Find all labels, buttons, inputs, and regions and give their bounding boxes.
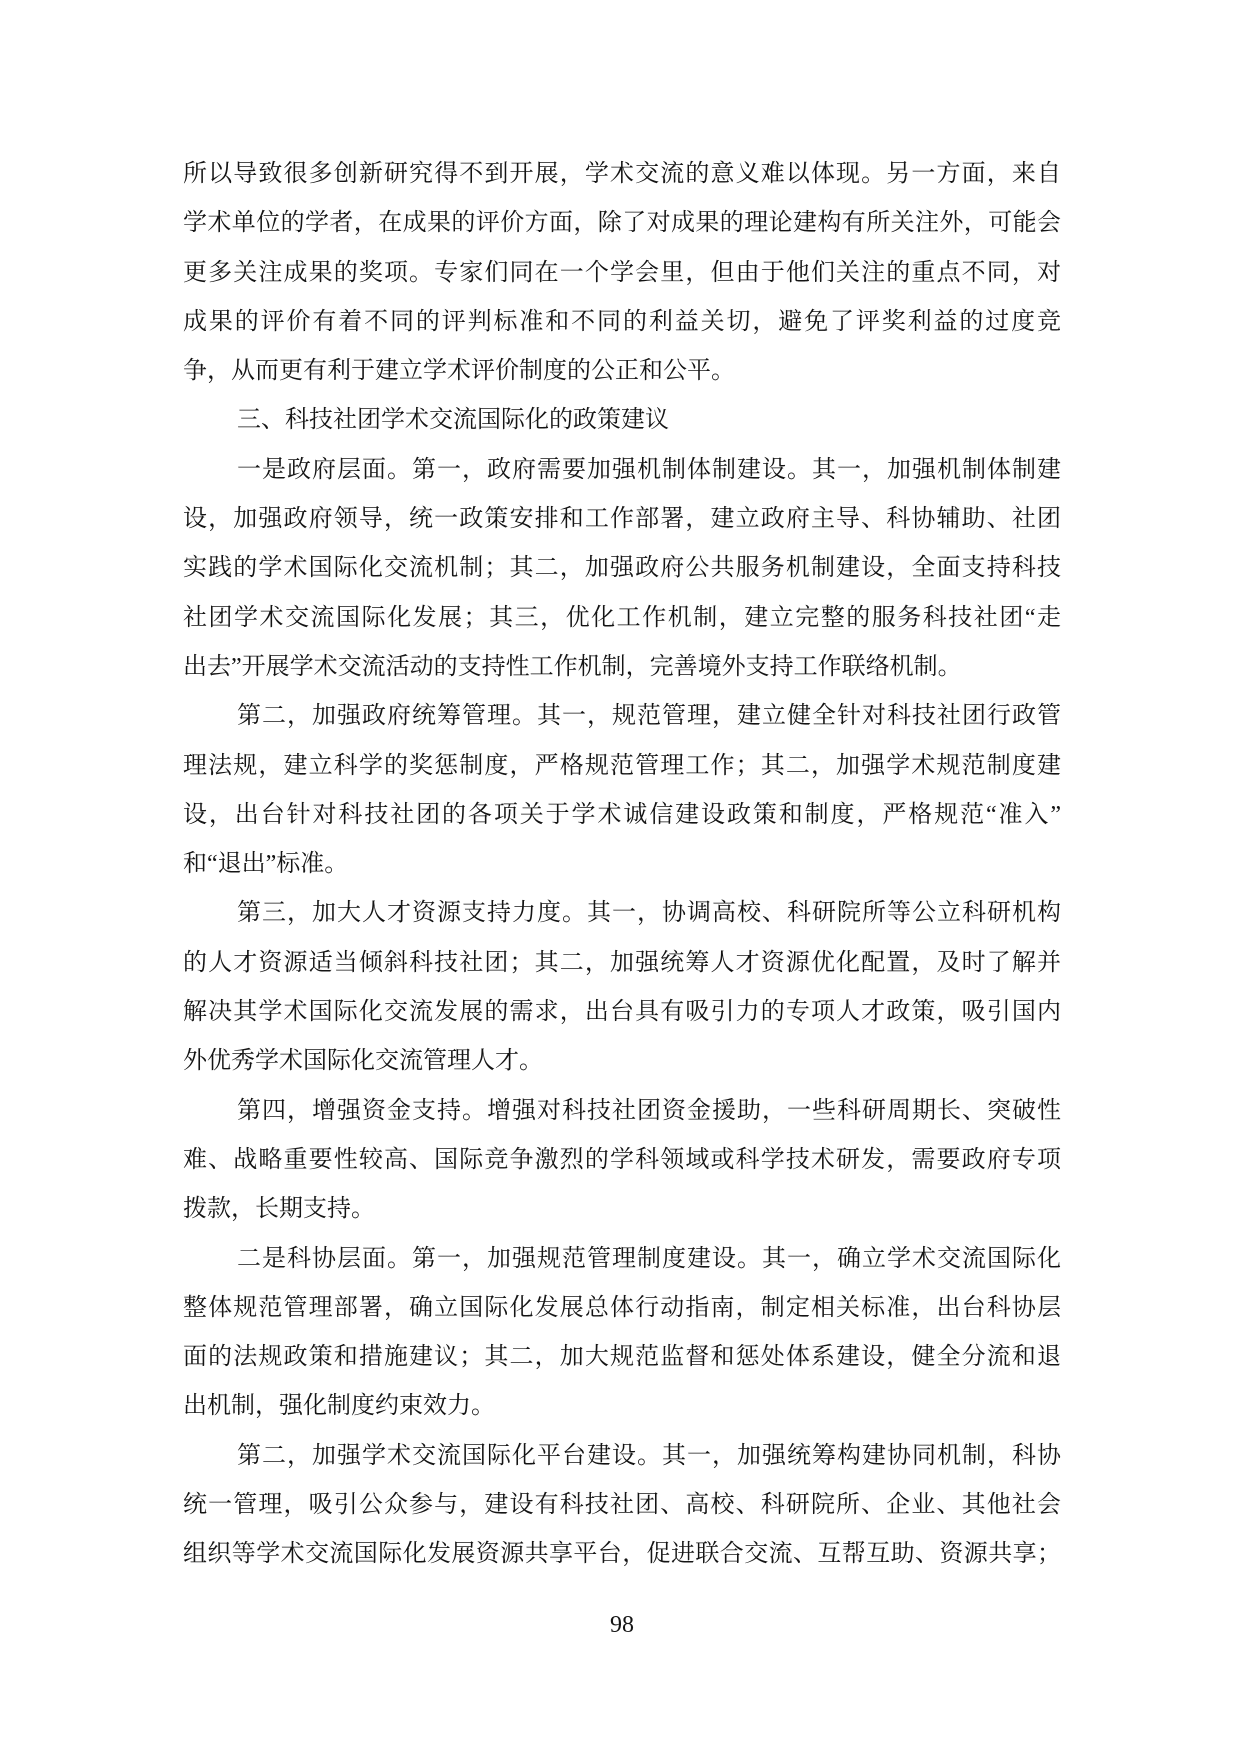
section-heading: 三、科技社团学术交流国际化的政策建议	[183, 396, 1061, 445]
text-line: 难、战略重要性较高、国际竞争激烈的学科领域或科学技术研发，需要政府专项	[183, 1136, 1061, 1185]
text-line: 更多关注成果的奖项。专家们同在一个学会里，但由于他们关注的重点不同，对	[183, 249, 1061, 298]
paragraph: 第四，增强资金支持。增强对科技社团资金援助，一些科研周期长、突破性难、战略重要性…	[183, 1087, 1061, 1235]
text-line: 拨款，长期支持。	[183, 1185, 1061, 1234]
text-line: 争，从而更有利于建立学术评价制度的公正和公平。	[183, 347, 1061, 396]
text-line: 一是政府层面。第一，政府需要加强机制体制建设。其一，加强机制体制建	[183, 446, 1061, 495]
text-line: 出机制，强化制度约束效力。	[183, 1382, 1061, 1431]
page-number: 98	[610, 1612, 634, 1638]
text-line: 第三，加大人才资源支持力度。其一，协调高校、科研院所等公立科研机构	[183, 889, 1061, 938]
paragraph: 所以导致很多创新研究得不到开展，学术交流的意义难以体现。另一方面，来自学术单位的…	[183, 150, 1061, 396]
text-line: 外优秀学术国际化交流管理人才。	[183, 1037, 1061, 1086]
text-line: 组织等学术交流国际化发展资源共享平台，促进联合交流、互帮互助、资源共享；	[183, 1530, 1061, 1579]
paragraph: 一是政府层面。第一，政府需要加强机制体制建设。其一，加强机制体制建设，加强政府领…	[183, 446, 1061, 692]
text-line: 设，出台针对科技社团的各项关于学术诚信建设政策和制度，严格规范“准入”	[183, 791, 1061, 840]
paragraph: 二是科协层面。第一，加强规范管理制度建设。其一，确立学术交流国际化整体规范管理部…	[183, 1235, 1061, 1432]
text-line: 学术单位的学者，在成果的评价方面，除了对成果的理论建构有所关注外，可能会	[183, 199, 1061, 248]
paragraph: 第二，加强学术交流国际化平台建设。其一，加强统筹构建协同机制，科协统一管理，吸引…	[183, 1432, 1061, 1580]
text-line: 第二，加强学术交流国际化平台建设。其一，加强统筹构建协同机制，科协	[183, 1432, 1061, 1481]
text-line: 实践的学术国际化交流机制；其二，加强政府公共服务机制建设，全面支持科技	[183, 544, 1061, 593]
text-line: 成果的评价有着不同的评判标准和不同的利益关切，避免了评奖利益的过度竞	[183, 298, 1061, 347]
page-footer: 98	[183, 1612, 1061, 1639]
text-line: 整体规范管理部署，确立国际化发展总体行动指南，制定相关标准，出台科协层	[183, 1284, 1061, 1333]
text-line: 理法规，建立科学的奖惩制度，严格规范管理工作；其二，加强学术规范制度建	[183, 742, 1061, 791]
text-line: 统一管理，吸引公众参与，建设有科技社团、高校、科研院所、企业、其他社会	[183, 1481, 1061, 1530]
text-line: 出去”开展学术交流活动的支持性工作机制，完善境外支持工作联络机制。	[183, 643, 1061, 692]
text-line: 第二，加强政府统筹管理。其一，规范管理，建立健全针对科技社团行政管	[183, 692, 1061, 741]
paragraph: 第二，加强政府统筹管理。其一，规范管理，建立健全针对科技社团行政管理法规，建立科…	[183, 692, 1061, 889]
text-line: 解决其学术国际化交流发展的需求，出台具有吸引力的专项人才政策，吸引国内	[183, 988, 1061, 1037]
text-line: 设，加强政府领导，统一政策安排和工作部署，建立政府主导、科协辅助、社团	[183, 495, 1061, 544]
text-line: 第四，增强资金支持。增强对科技社团资金援助，一些科研周期长、突破性	[183, 1087, 1061, 1136]
paragraph: 第三，加大人才资源支持力度。其一，协调高校、科研院所等公立科研机构的人才资源适当…	[183, 889, 1061, 1086]
document-page: 所以导致很多创新研究得不到开展，学术交流的意义难以体现。另一方面，来自学术单位的…	[0, 0, 1240, 1753]
document-body: 所以导致很多创新研究得不到开展，学术交流的意义难以体现。另一方面，来自学术单位的…	[183, 150, 1061, 1580]
text-line: 和“退出”标准。	[183, 840, 1061, 889]
text-line: 三、科技社团学术交流国际化的政策建议	[183, 396, 1061, 445]
text-line: 所以导致很多创新研究得不到开展，学术交流的意义难以体现。另一方面，来自	[183, 150, 1061, 199]
text-line: 的人才资源适当倾斜科技社团；其二，加强统筹人才资源优化配置，及时了解并	[183, 939, 1061, 988]
text-line: 二是科协层面。第一，加强规范管理制度建设。其一，确立学术交流国际化	[183, 1235, 1061, 1284]
text-line: 面的法规政策和措施建议；其二，加大规范监督和惩处体系建设，健全分流和退	[183, 1333, 1061, 1382]
text-line: 社团学术交流国际化发展；其三，优化工作机制，建立完整的服务科技社团“走	[183, 594, 1061, 643]
